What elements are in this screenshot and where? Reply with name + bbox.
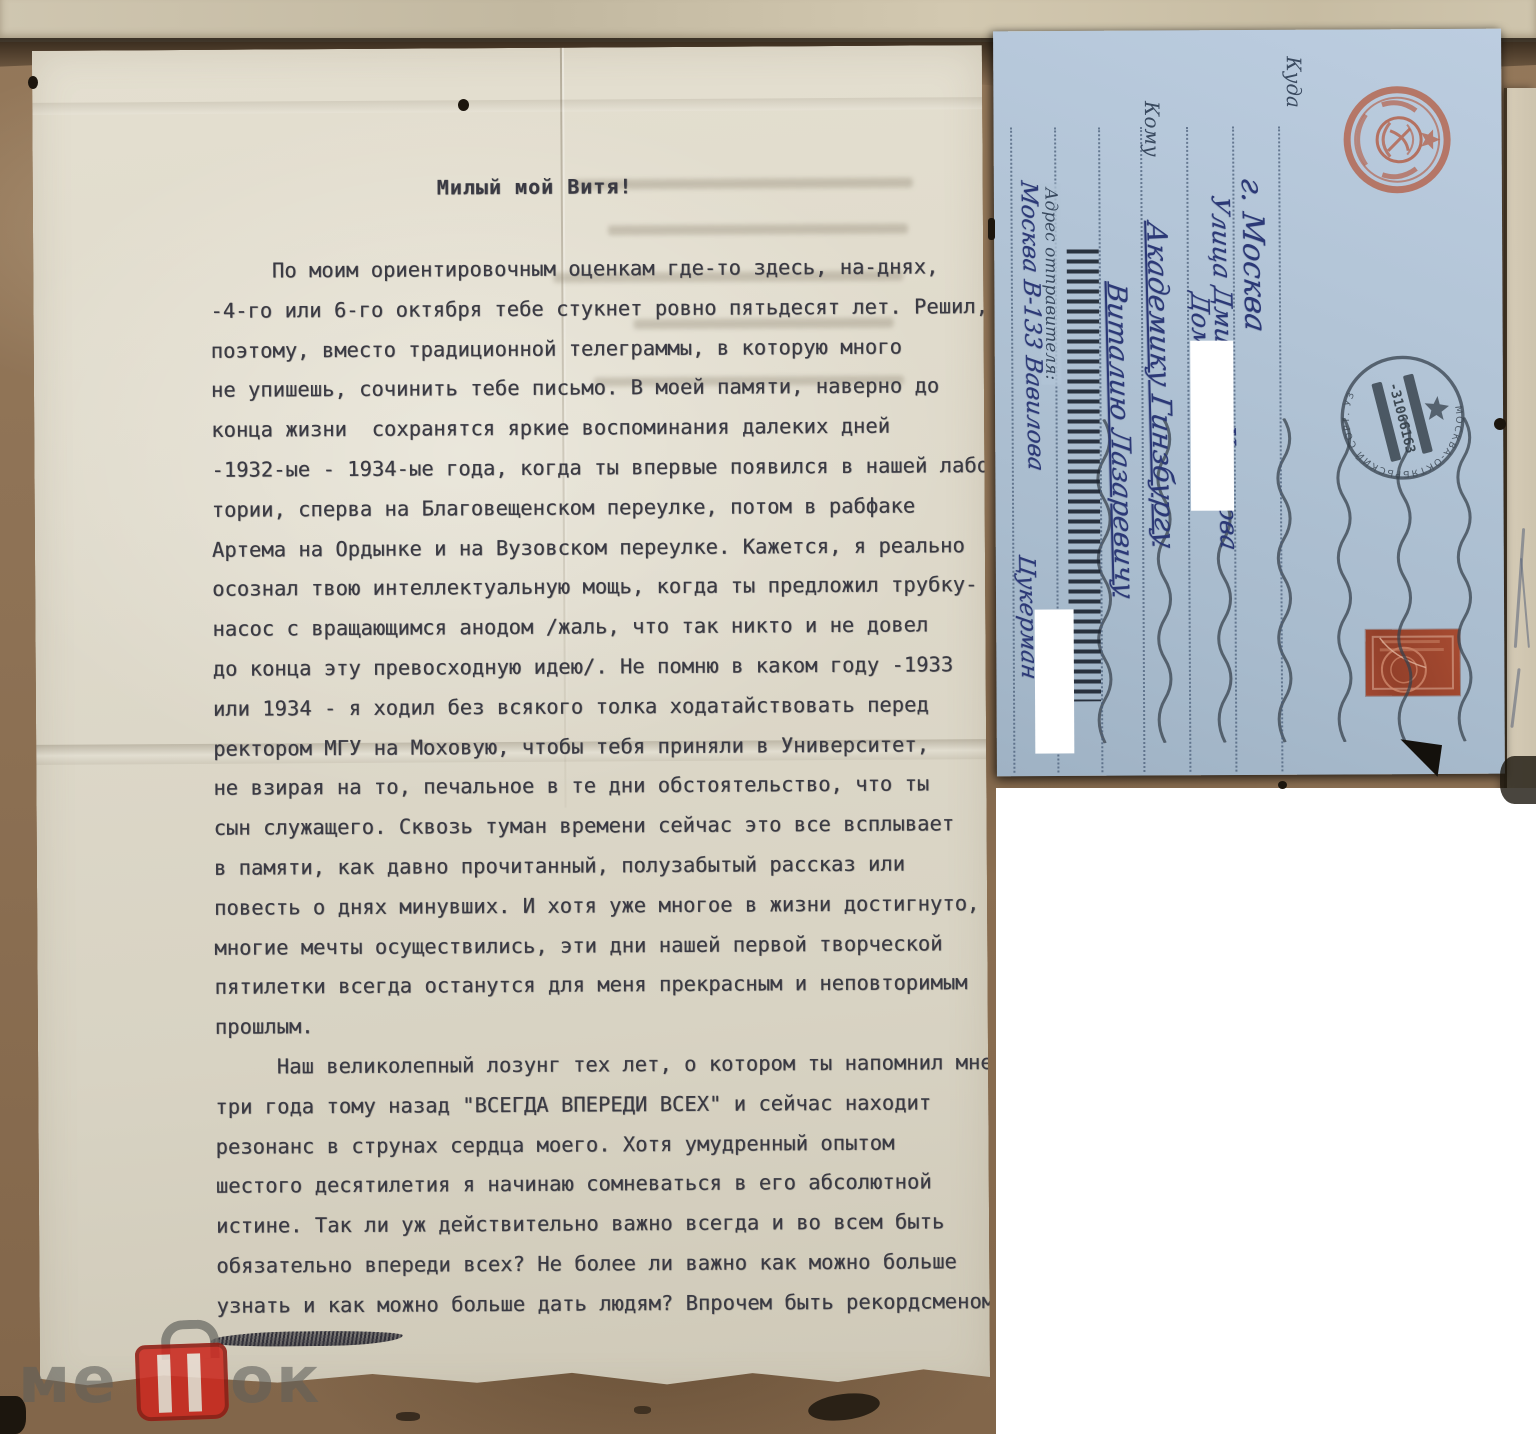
envelope-face: -31066163 МОСКВА-ОКТЯБРЬСКИЙ СОРТ. УЗ [993, 29, 1505, 777]
envelope: -31066163 МОСКВА-ОКТЯБРЬСКИЙ СОРТ. УЗ [993, 29, 1505, 777]
ghost-bleedthrough-line [608, 224, 908, 236]
black-mark [28, 76, 38, 89]
black-mark [1500, 756, 1536, 804]
typed-line: насос с вращающимся анодом /жаль, что та… [212, 605, 1027, 650]
letter-page: Милый мой Витя! По моим ориентировочным … [32, 45, 990, 1395]
typed-line: прошлым. [215, 1003, 1030, 1048]
typed-line: истине. Так ли уж действительно важно вс… [216, 1202, 1031, 1247]
typed-line: в памяти, как давно прочитанный, полузаб… [214, 844, 1029, 889]
black-mark [458, 99, 469, 111]
soviet-emblem-icon [1341, 84, 1452, 195]
typed-line: осознал твою интеллектуальную мощь, когд… [212, 565, 1027, 610]
typed-line: до конца эту превосходную идею/. Не помн… [213, 645, 1028, 690]
watermark-text-left: ме [18, 1344, 118, 1418]
typed-line: многие мечты осуществились, эти дни наше… [214, 923, 1029, 968]
bag-slit [187, 1353, 202, 1411]
black-mark [988, 218, 995, 240]
black-mark [396, 1412, 420, 1421]
watermark-text-right: ок [230, 1344, 321, 1418]
typed-line: Наш великолепный лозунг тех лет, о котор… [215, 1043, 1030, 1088]
photo-of-letter-and-envelope: Милый мой Витя! По моим ориентировочным … [0, 0, 1536, 1434]
watermark-bag-icon [135, 1342, 230, 1421]
typed-line: поэтому, вместо традиционной телеграммы,… [211, 326, 1026, 371]
typed-line: -4-го или 6-го октября тебе стукнет ровн… [210, 287, 1025, 332]
letter-body: По моим ориентировочным оценкам где-то з… [210, 247, 1031, 1326]
horizontal-fold-crease-top [32, 97, 982, 115]
kuda-label: Куда [1281, 56, 1305, 108]
tape-corner-mark [1396, 739, 1442, 777]
typed-line: пятилетки всегда останутся для меня прек… [215, 963, 1030, 1008]
black-mark [1278, 781, 1287, 789]
typed-line: повесть о днях минувших. И хотя уже мног… [214, 884, 1029, 929]
typed-line: тории, сперва на Благовещенском переулке… [212, 486, 1027, 531]
typed-line: шестого десятилетия я начинаю сомневатьс… [216, 1162, 1031, 1207]
typed-line: или 1934 - я ходил без всякого толка ход… [213, 685, 1028, 730]
typed-line: сын служащего. Сквозь туман времени сейч… [214, 804, 1029, 849]
address-ruled-line [1010, 127, 1015, 772]
typed-line: ректором МГУ на Моховую, чтобы тебя прин… [213, 724, 1028, 769]
ink-scribble [1510, 668, 1520, 728]
typed-line: обязательно впереди всех? Не более ли ва… [216, 1242, 1031, 1287]
ink-scribble [1520, 558, 1530, 648]
typed-line: Артема на Ордынке и на Вузовском переулк… [212, 525, 1027, 570]
komu-label: Кому [1139, 100, 1163, 156]
meshok-watermark: ме ок [16, 1318, 346, 1430]
typed-line: По моим ориентировочным оценкам где-то з… [210, 247, 1025, 292]
black-mark [1494, 418, 1506, 430]
handwritten-city: г. Москва [1233, 175, 1272, 334]
bag-slit [157, 1354, 172, 1412]
typed-line: не упишешь, сочинить тебе письмо. В моей… [211, 366, 1026, 411]
typed-line: резонанс в струнах сердца моего. Хотя ум… [215, 1122, 1030, 1167]
typed-line: -1932-ые - 1934-ые года, когда ты впервы… [211, 446, 1026, 491]
censor-box-sender-number [1034, 609, 1074, 753]
typed-line: три года тому назад "ВСЕГДА ВПЕРЕДИ ВСЕХ… [215, 1083, 1030, 1128]
typed-line: не взирая на то, печальное в те дни обст… [213, 764, 1028, 809]
censor-white-area [996, 788, 1536, 1434]
letter-title: Милый мой Витя! [437, 174, 633, 199]
typed-line: конца жизни сохранятся яркие воспоминани… [211, 406, 1026, 451]
side-paper-sliver [1504, 88, 1536, 804]
censor-box-house-number [1190, 340, 1234, 510]
black-mark [634, 1406, 651, 1414]
